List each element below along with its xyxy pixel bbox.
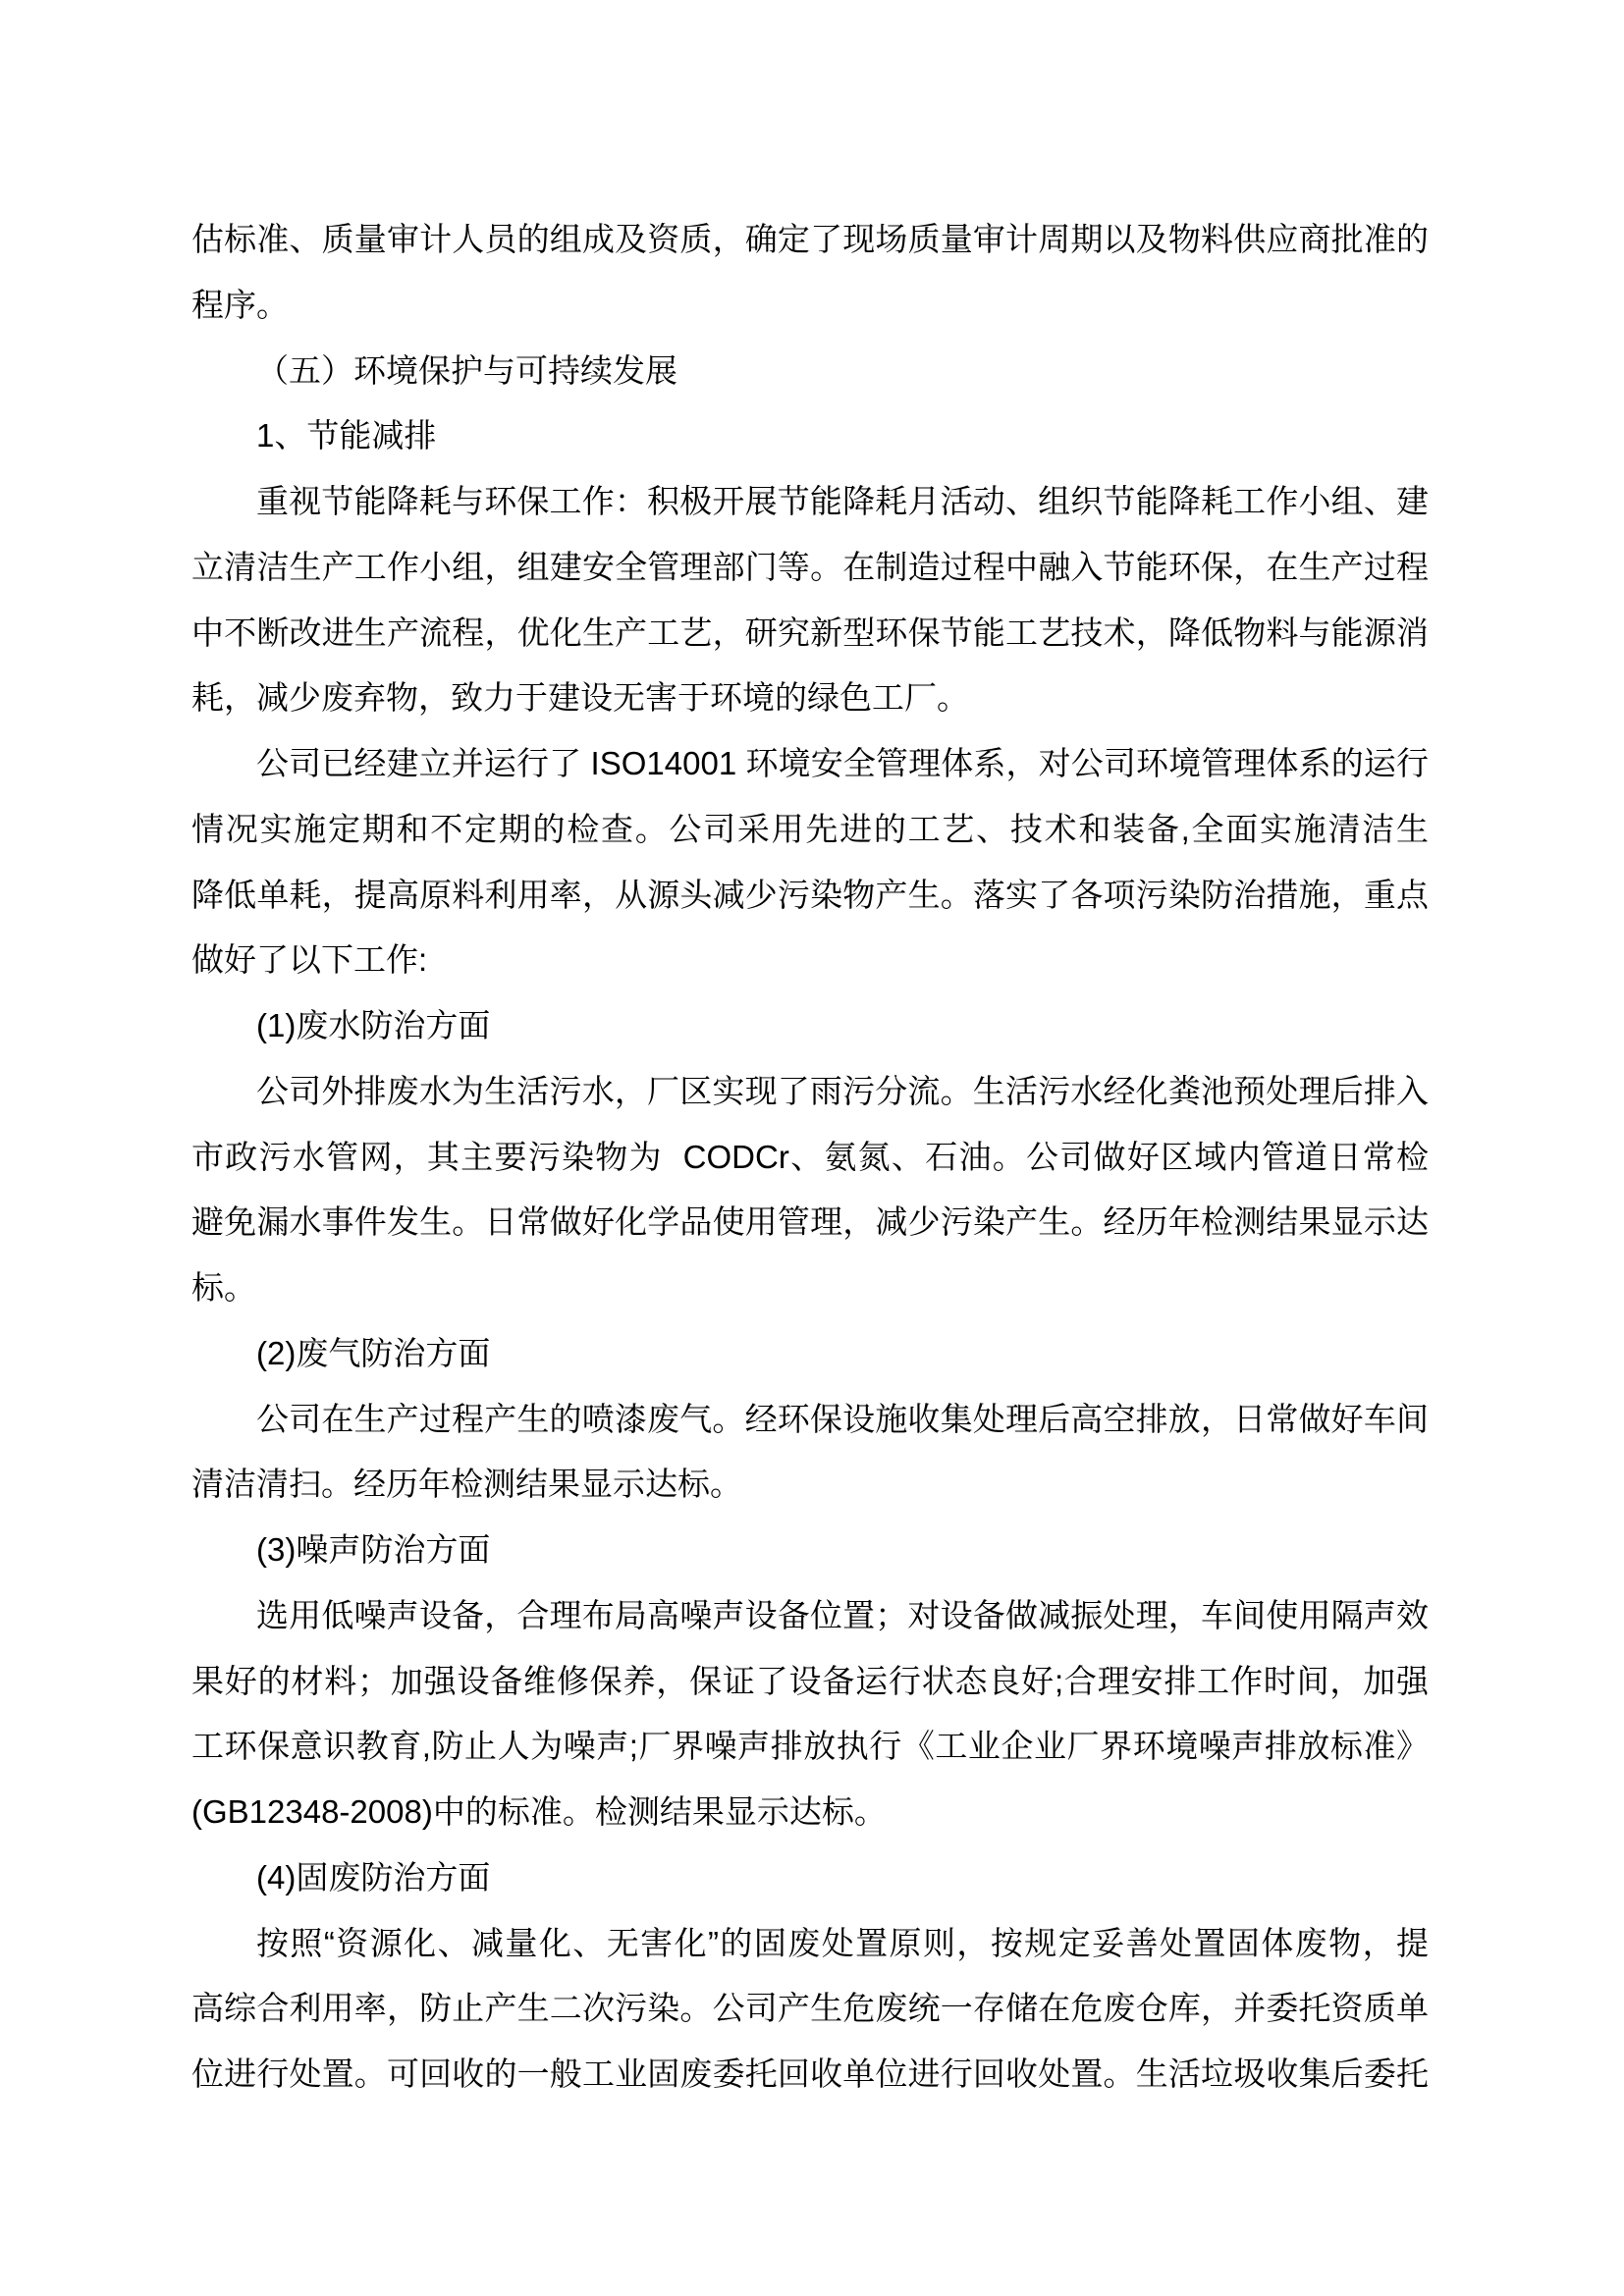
text-line: 重视节能降耗与环保工作：积极开展节能降耗月活动、组织节能降耗工作小组、建 — [191, 469, 1429, 535]
text-line: 标。 — [191, 1255, 1429, 1321]
text-line: (1)废水防治方面 — [191, 993, 1429, 1059]
text-line: 公司在生产过程产生的喷漆废气。经环保设施收集处理后高空排放，日常做好车间 — [191, 1387, 1429, 1453]
text-line: 做好了以下工作: — [191, 928, 1429, 993]
text-line: (3)噪声防治方面 — [191, 1518, 1429, 1583]
text-line: 立清洁生产工作小组，组建安全管理部门等。在制造过程中融入节能环保，在生产过程 — [191, 535, 1429, 601]
text-line: 降低单耗，提高原料利用率，从源头减少污染物产生。落实了各项污染防治措施，重点 — [191, 863, 1429, 929]
text-line: 程序。 — [191, 273, 1429, 339]
text-line: (GB12348-2008)中的标准。检测结果显示达标。 — [191, 1780, 1429, 1845]
text-line: 避免漏水事件发生。日常做好化学品使用管理，减少污染产生。经历年检测结果显示达 — [191, 1190, 1429, 1255]
text-line: 果好的材料；加强设备维修保养，保证了设备运行状态良好;合理安排工作时间，加强职 — [191, 1649, 1429, 1715]
text-line: （五）环境保护与可持续发展 — [191, 339, 1429, 404]
text-line: 位进行处置。可回收的一般工业固废委托回收单位进行回收处置。生活垃圾收集后委托 — [191, 2042, 1429, 2108]
text-line: 高综合利用率，防止产生二次污染。公司产生危废统一存储在危废仓库，并委托资质单 — [191, 1976, 1429, 2042]
text-line: (2)废气防治方面 — [191, 1321, 1429, 1387]
text-line: 耗，减少废弃物，致力于建设无害于环境的绿色工厂。 — [191, 666, 1429, 731]
text-line: 公司已经建立并运行了 ISO14001 环境安全管理体系，对公司环境管理体系的运… — [191, 731, 1429, 797]
document-page: 估标准、质量审计人员的组成及资质，确定了现场质量审计周期以及物料供应商批准的程序… — [0, 0, 1624, 2296]
text-line: 按照“资源化、减量化、无害化”的固废处置原则，按规定妥善处置固体废物，提 — [191, 1911, 1429, 1977]
text-line: 工环保意识教育,防止人为噪声;厂界噪声排放执行《工业企业厂界环境噪声排放标准》 — [191, 1714, 1429, 1780]
text-line: 情况实施定期和不定期的检查。公司采用先进的工艺、技术和装备,全面实施清洁生产， — [191, 797, 1429, 863]
text-line: (4)固废防治方面 — [191, 1845, 1429, 1911]
document-text-block: 估标准、质量审计人员的组成及资质，确定了现场质量审计周期以及物料供应商批准的程序… — [191, 207, 1429, 2108]
text-line: 估标准、质量审计人员的组成及资质，确定了现场质量审计周期以及物料供应商批准的 — [191, 207, 1429, 273]
text-line: 中不断改进生产流程，优化生产工艺，研究新型环保节能工艺技术，降低物料与能源消 — [191, 601, 1429, 667]
text-line: 1、节能减排 — [191, 403, 1429, 469]
text-line: 选用低噪声设备，合理布局高噪声设备位置；对设备做减振处理，车间使用隔声效 — [191, 1583, 1429, 1649]
text-line: 市政污水管网，其主要污染物为 CODCr、氨氮、石油。公司做好区域内管道日常检查… — [191, 1125, 1429, 1191]
text-line: 清洁清扫。经历年检测结果显示达标。 — [191, 1452, 1429, 1518]
text-line: 公司外排废水为生活污水，厂区实现了雨污分流。生活污水经化粪池预处理后排入 — [191, 1059, 1429, 1125]
